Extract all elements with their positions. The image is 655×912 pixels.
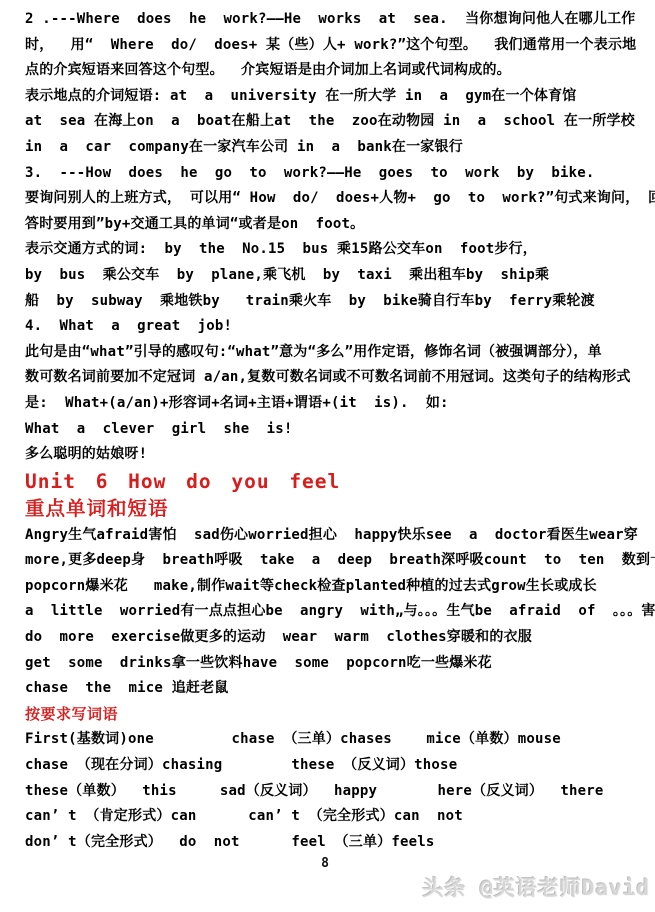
text-line: 是: What+(a/an)+形容词+名词+主语+谓语+(it is). 如:	[25, 391, 643, 417]
text-line: these（单数） this sad（反义词） happy here（反义词） …	[25, 779, 643, 805]
text-line: chase the mice 追赶老鼠	[25, 676, 643, 702]
text-line: 3. ---How does he go to work?——He goes t…	[25, 161, 643, 187]
text-line: get some drinks拿一些饮料have some popcorn吃一些…	[25, 651, 643, 677]
write-words-heading: 按要求写词语	[25, 702, 643, 728]
document-page: 2 .---Where does he work?——He works at s…	[0, 0, 655, 912]
unit-heading: Unit 6 How do you feel	[25, 468, 643, 496]
text-line: more,更多deep身 breath呼吸 take a deep breath…	[25, 548, 643, 574]
text-line: in a car company在一家汽车公司 in a bank在一家银行	[25, 135, 643, 161]
text-line: 表示地点的介词短语: at a university 在一所大学 in a gy…	[25, 84, 643, 110]
text-line: 此句是由“what”引导的感叹句:“what”意为“多么”用作定语，修饰名词（被…	[25, 340, 643, 366]
watermark: 头条 @英语老师David	[422, 872, 650, 902]
text-line: at sea 在海上on a boat在船上at the zoo在动物园 in …	[25, 109, 643, 135]
text-line: a little worried有一点点担心be angry with„与。。。…	[25, 599, 643, 625]
text-line: chase （现在分词）chasing these （反义词）those	[25, 753, 643, 779]
text-line: 时， 用“ Where do/ does+ 某（些）人+ work?”这个句型。…	[25, 33, 643, 59]
text-line: 多么聪明的姑娘呀!	[25, 442, 643, 468]
text-line: What a clever girl she is!	[25, 417, 643, 443]
text-line: do more exercise做更多的运动 wear warm clothes…	[25, 625, 643, 651]
text-line: Angry生气afraid害怕 sad伤心worried担心 happy快乐se…	[25, 523, 643, 549]
text-line: 点的介宾短语来回答这个句型。 介宾短语是由介词加上名词或代词构成的。	[25, 58, 643, 84]
text-line: 船 by subway 乘地铁by train乘火车 by bike骑自行车by…	[25, 289, 643, 315]
text-line: First(基数词)one chase （三单）chases mice（单数）m…	[25, 727, 643, 753]
text-line: can’ t （肯定形式）can can’ t （完全形式）can not	[25, 804, 643, 830]
page-number: 8	[25, 856, 625, 871]
key-words-heading: 重点单词和短语	[25, 495, 643, 523]
text-line: 答时要用到”by+交通工具的单词“或者是on foot。	[25, 212, 643, 238]
text-line: don’ t（完全形式） do not feel （三单）feels	[25, 830, 643, 856]
text-line: 2 .---Where does he work?——He works at s…	[25, 7, 643, 33]
text-line: popcorn爆米花 make,制作wait等check检查planted种植的…	[25, 574, 643, 600]
text-line: 数可数名词前要加不定冠词 a/an,复数可数名词或不可数名词前不用冠词。这类句子…	[25, 365, 643, 391]
text-line: 表示交通方式的词: by the No.15 bus 乘15路公交车on foo…	[25, 237, 643, 263]
text-line: by bus 乘公交车 by plane,乘飞机 by taxi 乘出租车by …	[25, 263, 643, 289]
document-body: 2 .---Where does he work?——He works at s…	[25, 7, 643, 871]
text-line: 4. What a great job!	[25, 314, 643, 340]
text-line: 要询问别人的上班方式， 可以用“ How do/ does+人物+ go to …	[25, 186, 643, 212]
